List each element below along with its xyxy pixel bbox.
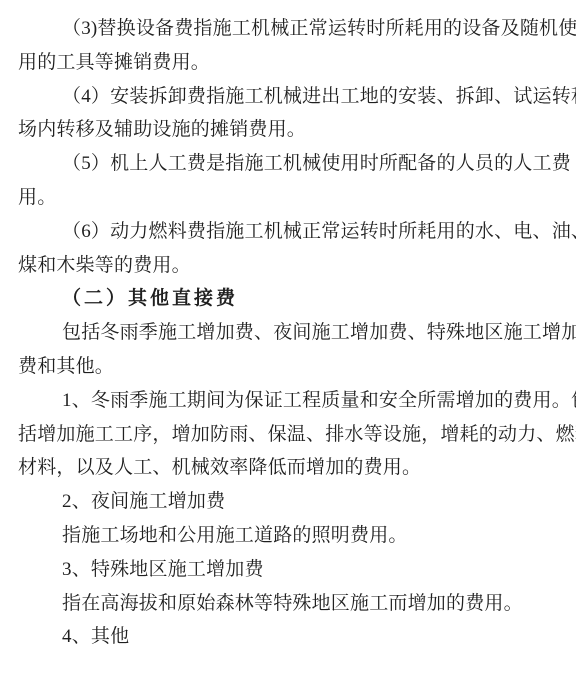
- text-line: （5）机上人工费是指施工机械使用时所配备的人员的人工费: [18, 147, 556, 181]
- text-line: （3)替换设备费指施工机械正常运转时所耗用的设备及随机使: [18, 12, 556, 46]
- list-item-line: 4、其他: [18, 620, 556, 654]
- text-line: 指在高海拔和原始森林等特殊地区施工而增加的费用。: [18, 587, 556, 621]
- text-line: 材料，以及人工、机械效率降低而增加的费用。: [18, 451, 556, 485]
- list-item-line: 3、特殊地区施工增加费: [18, 553, 556, 587]
- text-line: 包括冬雨季施工增加费、夜间施工增加费、特殊地区施工增加: [18, 316, 556, 350]
- text-line: 指施工场地和公用施工道路的照明费用。: [18, 519, 556, 553]
- section-heading: （二）其他直接费: [18, 282, 556, 316]
- text-line: （4）安装拆卸费指施工机械进出工地的安装、拆卸、试运转和: [18, 80, 556, 114]
- list-item-line: 1、冬雨季施工期间为保证工程质量和安全所需增加的费用。包: [18, 384, 556, 418]
- text-line: 用的工具等摊销费用。: [18, 46, 556, 80]
- document-page: （3)替换设备费指施工机械正常运转时所耗用的设备及随机使 用的工具等摊销费用。 …: [0, 0, 576, 683]
- text-line: （6）动力燃料费指施工机械正常运转时所耗用的水、电、油、: [18, 215, 556, 249]
- text-line: 费和其他。: [18, 350, 556, 384]
- text-line: 煤和木柴等的费用。: [18, 249, 556, 283]
- text-line: 用。: [18, 181, 556, 215]
- list-item-line: 2、夜间施工增加费: [18, 485, 556, 519]
- text-line: 场内转移及辅助设施的摊销费用。: [18, 113, 556, 147]
- text-line: 括增加施工工序，增加防雨、保温、排水等设施，增耗的动力、燃料、: [18, 418, 556, 452]
